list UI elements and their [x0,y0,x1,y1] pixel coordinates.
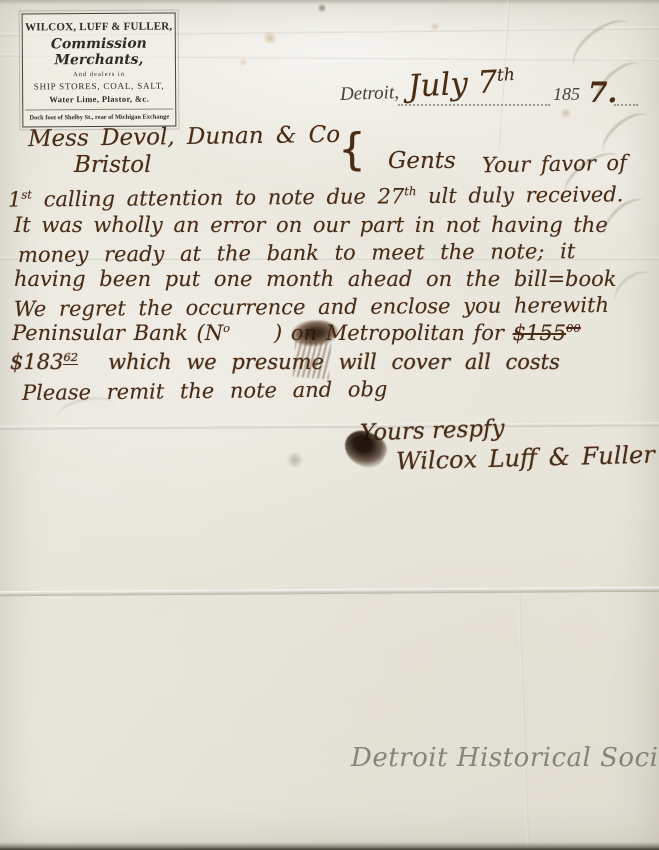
dateline-month-day-text: July 7 [407,64,498,105]
paper-stain [318,3,326,13]
signature: Wilcox Luff & Fuller [396,441,655,476]
body-line-3: money ready at the bank to meet the note… [18,239,575,267]
watermark-detroit-historical-society: Detroit Historical Society [351,743,659,773]
struck-amount-cents: 00 [566,321,581,335]
body-line-1-text: calling attention to note due 27 [32,184,405,211]
body-opening: Your favor of [482,151,627,178]
number-abbrev-sup: o [223,321,230,335]
body-line-5: We regret the occurrence and enclose you… [14,293,609,321]
scanned-letter: WILCOX, LUFF & FULLER, Commission Mercha… [0,0,659,850]
recipient-name: Mess Devol, Dunan & Co [28,122,340,152]
body-line-6-text: Peninsular Bank (N [12,321,223,345]
dateline-place: Detroit, [340,82,400,106]
dateline-dotted-rule [614,104,638,106]
fold-crease-vertical [517,590,529,850]
body-line-7: $18362which we presume will cover all co… [10,350,560,374]
letterhead-goods-line2: Water Lime, Plastor, &c. [25,93,173,104]
salutation: Gents [388,148,456,174]
body-line-8: Please remit the note and obg [22,377,388,405]
paper-top-edge [0,0,659,5]
paper-bottom-edge [0,842,659,850]
amount-cents: 62 [63,350,78,365]
body-line-1: 1st calling attention to note due 27th u… [8,182,624,211]
body-line-2: It was wholly an error on our part in no… [14,213,608,237]
recipient-city: Bristol [74,152,152,178]
letterhead-dealers-line: And dealers in [25,70,173,78]
paper-stain [560,108,572,118]
dateline-year-digit: 7. [588,76,617,109]
recipient-brace: { [338,124,366,175]
body-line-4: having been put one month ahead on the b… [14,267,617,291]
body-line-7-text: which we presume will cover all costs [108,350,560,374]
body-line-1-text: 1 [8,188,22,212]
amount-dollars: $183 [10,350,63,374]
dateline-year-printed: 185 [553,84,580,105]
ink-smudge-small [286,452,304,468]
fold-crease [0,587,659,597]
letterhead-box: WILCOX, LUFF & FULLER, Commission Mercha… [22,12,177,127]
struck-amount: $155 [513,321,566,345]
letterhead-location-line: Dock foot of Shelby St., rear of Michiga… [25,108,173,121]
ordinal-suffix: st [21,187,32,201]
ink-smear-streaks [293,341,331,379]
ordinal-suffix: th [404,184,416,198]
paper-stain [430,22,440,31]
body-line-1-text: ult duly received. [416,182,623,208]
dateline-month-day: July 7th [407,63,516,105]
paper-stain [262,32,278,44]
letterhead-goods-line1: SHIP STORES, COAL, SALT, [25,80,173,91]
letterhead-company-name: WILCOX, LUFF & FULLER, [25,20,173,33]
paper-stain [238,58,248,66]
dateline-dotted-rule [398,104,550,106]
dateline-day-suffix: th [497,65,516,86]
letterhead-business-line: Commission Merchants, [25,35,173,68]
